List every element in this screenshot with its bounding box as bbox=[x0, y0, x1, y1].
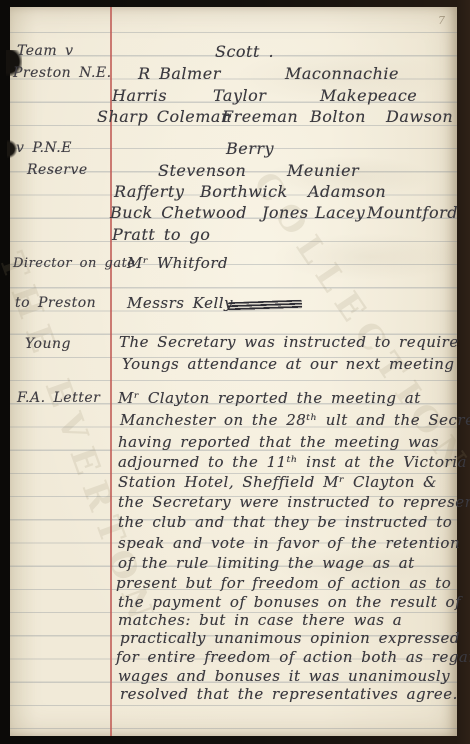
minute-line: practically unanimous opinion expressed bbox=[120, 631, 460, 646]
player-name: Buck Chetwood bbox=[110, 205, 247, 221]
player-name: Meunier bbox=[287, 163, 359, 179]
minute-line: having reported that the meeting was bbox=[118, 435, 439, 450]
minute-line: Mʳ Clayton reported the meeting at bbox=[118, 391, 421, 406]
player-name: Makepeace bbox=[320, 88, 417, 104]
margin-label-team: Preston N.E. bbox=[13, 66, 112, 80]
minute-line: the Secretary were instructed to represe… bbox=[118, 495, 470, 510]
minute-line: of the rule limiting the wage as at bbox=[118, 556, 415, 571]
player-name: Freeman bbox=[222, 109, 298, 125]
minute-line: Station Hotel, Sheffield Mʳ Clayton & bbox=[118, 475, 437, 490]
minute-line: the payment of bonuses on the result of bbox=[118, 595, 461, 610]
minute-line: The Secretary was instructed to require bbox=[119, 335, 459, 350]
player-name: Berry bbox=[226, 141, 274, 157]
margin-label-to-preston: to Preston bbox=[15, 296, 96, 310]
player-name: Rafferty bbox=[114, 184, 184, 200]
player-name: Jones bbox=[262, 205, 309, 221]
player-name: Adamson bbox=[308, 184, 386, 200]
margin-label-gate: Director on gate bbox=[13, 257, 136, 270]
player-name: Stevenson bbox=[158, 163, 246, 179]
margin-label-team: Team v bbox=[17, 44, 74, 58]
note-line: Pratt to go bbox=[112, 227, 210, 243]
player-name: Borthwick bbox=[200, 184, 288, 200]
handwriting-layer: Team vPreston N.E.v P.N.EReserveDirector… bbox=[0, 0, 470, 744]
player-name: Taylor bbox=[213, 88, 266, 104]
minute-line: Manchester on the 28ᵗʰ ult and the Secre… bbox=[120, 413, 470, 428]
minute-line: Youngs attendance at our next meeting bbox=[122, 357, 455, 372]
margin-label-reserve: v P.N.E bbox=[16, 141, 72, 155]
player-name: Sharp Coleman bbox=[97, 109, 232, 125]
minute-line: Mʳ Whitford bbox=[127, 256, 228, 271]
minute-line: wages and bonuses it was unanimously bbox=[118, 669, 450, 684]
minute-line: speak and vote in favor of the retention bbox=[118, 536, 460, 551]
crossed-out-name bbox=[228, 300, 302, 312]
minute-line: Messrs Kelly bbox=[127, 296, 233, 311]
player-name: R Balmer bbox=[138, 66, 221, 82]
player-name: Dawson bbox=[386, 109, 453, 125]
player-name: Bolton bbox=[310, 109, 366, 125]
minute-line: the club and that they be instructed to bbox=[118, 515, 452, 530]
margin-label-reserve: Reserve bbox=[27, 163, 88, 177]
minute-line: resolved that the representatives agree. bbox=[120, 687, 458, 702]
minute-line: for entire freedom of action both as reg… bbox=[116, 650, 470, 665]
minute-line: adjourned to the 11ᵗʰ inst at the Victor… bbox=[118, 455, 467, 470]
margin-label-fa-letter: F.A. Letter bbox=[17, 391, 100, 405]
player-name: Lacey bbox=[315, 205, 365, 221]
player-name: Mountford bbox=[367, 205, 458, 221]
minute-line: matches: but in case there was a bbox=[118, 613, 402, 628]
player-name: Harris bbox=[112, 88, 167, 104]
minute-line: present but for freedom of action as to bbox=[116, 576, 451, 591]
player-name: Scott . bbox=[215, 44, 274, 60]
player-name: Maconnachie bbox=[285, 66, 399, 82]
margin-label-young: Young bbox=[25, 337, 71, 351]
